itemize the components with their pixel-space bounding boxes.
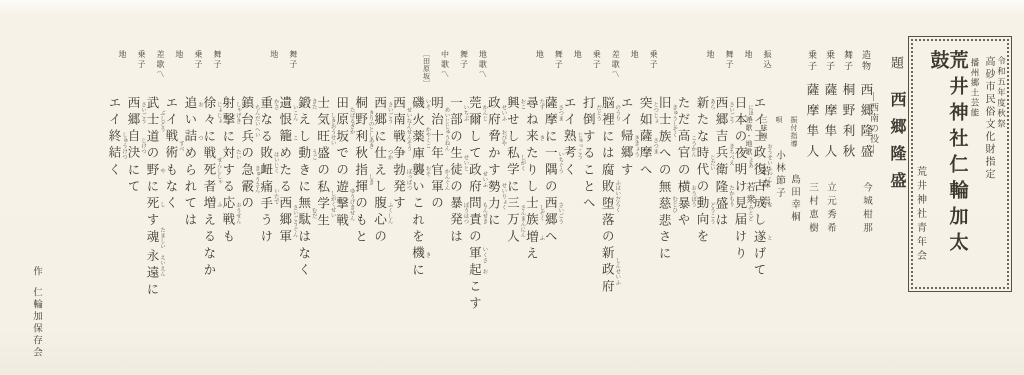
lyric-column: 西郷さいごうに仕つかえし腹心ふくしんの xyxy=(376,46,393,346)
part-marker: 舞子 xyxy=(554,50,562,70)
staff-column: 振付指導島田幸桐 xyxy=(790,50,802,300)
ruby-word: 薩摩さつま xyxy=(638,129,652,162)
ruby-word: 生徒せいと xyxy=(448,146,462,179)
staff-role: 唄 xyxy=(775,116,783,124)
ruby-word: 終結しゅうけつ xyxy=(107,129,121,162)
ruby-word: 時代じだい xyxy=(695,146,709,179)
ruby-word: 士族しぞく xyxy=(524,196,538,229)
lyric-text: 新あらたな時代じだいの動向どうこうを xyxy=(696,46,716,346)
ruby-word: 徐々じょじょ xyxy=(202,96,216,129)
lyric-column: 興おこせし私学しがくに三万人さんまんにん xyxy=(508,46,525,346)
cast-role: 造物 xyxy=(861,50,871,72)
lyric-column: 鍛きたえし動うごきに無駄むだはなく xyxy=(300,46,317,346)
organization: 荒井神社青年会 xyxy=(915,48,925,280)
main-title: 荒井神社仁輪加太鼓 xyxy=(929,48,967,280)
part-marker: 地 xyxy=(744,50,752,60)
ruby-word: 田原坂たばるざか xyxy=(335,96,349,146)
ruby-word: 私学しがく xyxy=(505,146,519,179)
author-block: 作仁輪加保存会 xyxy=(26,266,40,366)
cast-character: 桐野利秋 xyxy=(841,83,855,165)
lyric-column: 地尋たずね来きたりし士族しぞく増ふえ xyxy=(527,46,544,346)
lyric-column: 乗子西郷さいごう自決じけつにて xyxy=(129,46,146,346)
ruby-word: 襲おそ xyxy=(411,163,425,180)
part-marker: 舞子 xyxy=(289,50,297,70)
lyric-column: 舞子薩摩さつまに一隅いちぐうの西郷さいごうへ xyxy=(546,46,563,346)
ruby-word: 桐野利秋きりのとしあき xyxy=(354,96,368,163)
ruby-word: 敗衄はいじく xyxy=(259,146,273,179)
part-marker: 〔田原坂〕 xyxy=(423,50,430,88)
part-marker: 差歌〽 xyxy=(611,50,619,80)
lyric-column: 乗子打倒だとうすることへ xyxy=(584,46,601,346)
lyric-text: 明治十年めいじじゅうねん官軍かんぐんの xyxy=(430,46,450,346)
lyric-text: エイ終結しゅうけつく xyxy=(108,46,128,346)
ruby-word: 鍛きた xyxy=(297,96,311,113)
ruby-word: 腐敗堕落ふはいだらく xyxy=(600,163,614,230)
part-marker: 舞子 xyxy=(459,50,467,70)
ruby-word: 明治十年めいじじゅうねん xyxy=(429,96,443,163)
lyric-column: 地エイ戦術すべもなく xyxy=(167,46,184,346)
part-marker: 地 xyxy=(573,50,581,60)
ruby-word: 西南戦争せいなんせんそう xyxy=(392,96,406,163)
cast-column: 乗子薩摩隼人三村恵樹 xyxy=(805,50,820,300)
ruby-word: 機き xyxy=(411,246,425,263)
lyric-column: 地新あらたな時代じだいの動向どうこうを xyxy=(698,46,715,346)
lyric-text: ただ高官こうかんの横暴おうぼうや xyxy=(677,46,697,346)
play-title-prefix: 題 xyxy=(889,56,904,69)
lyric-column: 舞子一部いちぶの生徒せいとの暴発ぼうはつは xyxy=(451,46,468,346)
ruby-word: 死し xyxy=(145,196,159,213)
lyric-column: 差歌〽武士道ぶしどうの野やに死しす魂たましい永遠えいえんに xyxy=(148,46,165,346)
ruby-word: 突如とつじょ xyxy=(638,96,652,129)
ruby-word: 脳裡のうり xyxy=(600,96,614,129)
ruby-word: 政府せいふ xyxy=(486,96,500,129)
ruby-word: 暴発ぼうはつ xyxy=(448,196,462,229)
part-marker: 乗子 xyxy=(194,50,202,70)
lyric-column: 射撃しゃげきに対たいする応戦おうせんも xyxy=(224,46,241,346)
ruby-word: 増ふ xyxy=(524,230,538,247)
lyric-text: 西南戦争せいなんせんそう勃発ぼっぱつす xyxy=(392,46,412,346)
ruby-word: 起お xyxy=(467,263,481,280)
ruby-word: 動向どうこう xyxy=(695,196,709,229)
author-name: 仁輪加保存会 xyxy=(31,287,41,359)
part-marker: 舞子 xyxy=(725,50,733,70)
cast-performer: 今城柑那 xyxy=(861,182,871,236)
lyric-text: 磯いそ火薬庫かやくこ襲おそいこれを機きに xyxy=(411,46,431,346)
lyric-column: 士気旺盛しきおうせいの私学生しがくせい xyxy=(319,46,336,346)
ruby-word: 遊撃戦ゆうげきせん xyxy=(335,180,349,230)
lyric-text: 鎮台兵ちんだいへいの急霰きゅうさんの xyxy=(240,46,260,346)
ruby-word: 詰つ xyxy=(183,129,197,146)
part-marker: 中歌〽 xyxy=(440,50,448,80)
lyric-text: エイ熟考じゅっこうく xyxy=(563,46,583,346)
lyric-column: 鎮台兵ちんだいへいの急霰きゅうさんの xyxy=(243,46,260,346)
part-marker: 差歌〽 xyxy=(156,50,164,80)
lyric-column: 舞子遺恨いこん籠こめたる西郷軍さいごうぐん xyxy=(281,46,298,346)
lyric-text: 一部いちぶの生徒せいとの暴発ぼうはつは xyxy=(449,46,469,346)
ruby-word: 夜明よあ xyxy=(733,146,747,179)
ruby-word: 士気旺盛しきおうせい xyxy=(316,96,330,163)
part-marker: 地歌〽 xyxy=(478,50,486,80)
staff-name: 島田幸桐 xyxy=(789,174,799,224)
ruby-word: 腹心ふくしん xyxy=(373,196,387,229)
lyric-text: 打倒だとうすることへ xyxy=(582,46,602,346)
cast-column: 乗子薩摩隼人立元秀希 xyxy=(823,50,838,300)
lyric-text: 日本にほんの夜明よあけ見届みとどけり xyxy=(733,46,753,346)
cast-role: 乗子 xyxy=(825,50,835,72)
ruby-word: 一部いちぶ xyxy=(448,96,462,129)
lyric-text: 政府せいふ脅おびやかす勢力せいりょくに xyxy=(487,46,507,346)
ruby-word: 磯いそ xyxy=(411,96,425,113)
ruby-word: 応戦おうせん xyxy=(221,196,235,229)
part-marker: 地 xyxy=(175,50,183,60)
ruby-word: 打倒だとう xyxy=(581,96,595,129)
part-marker: 地 xyxy=(270,50,278,60)
ruby-word: 射撃しゃげき xyxy=(221,96,235,129)
ruby-word: 動うご xyxy=(297,146,311,163)
ruby-word: 火薬庫かやくこ xyxy=(411,113,425,163)
ruby-word: 莞爾かんじ xyxy=(467,96,481,129)
part-marker: 乗子 xyxy=(649,50,657,70)
lyric-column: 地エイ終結しゅうけつく xyxy=(110,46,127,346)
lyric-column: 地日本にほんの夜明よあけ見届みとどけり xyxy=(736,46,753,346)
staff-name: 小林節子 xyxy=(774,150,784,200)
ruby-word: 新政府しんせいふ xyxy=(600,246,614,296)
program-page: 令和五年度秋祭 高砂市民俗文化財指定 播州郷土芸能 荒井神社仁輪加太鼓 荒井神社… xyxy=(0,0,1024,375)
lyric-text: 鍛きたえし動うごきに無駄むだはなく xyxy=(297,46,317,346)
ruby-word: 帰郷ききょう xyxy=(619,129,633,162)
lyric-column: 地エイ熟考じゅっこうく xyxy=(565,46,582,346)
part-marker: 地 xyxy=(706,50,714,60)
ruby-word: 痛手いたで xyxy=(259,180,273,213)
ruby-word: 自決じけつ xyxy=(126,129,140,162)
lyric-text: 莞爾かんじして政府せいふ問責もんせきの軍いくさ起おこす xyxy=(468,46,488,346)
genre-label: 播州郷土芸能 xyxy=(971,48,980,280)
cast-role: 舞子 xyxy=(843,50,853,72)
ruby-word: 指揮しき xyxy=(354,163,368,196)
lyric-text: 桐野利秋きりのとしあき指揮しきのもと xyxy=(354,46,374,346)
ruby-word: 武士道ぶしどう xyxy=(145,96,159,146)
lyric-column: 振込エイ王政復古おうせいふっこ成なし遂とげて xyxy=(755,46,772,346)
lyric-text: 射撃しゃげきに対たいする応戦おうせんも xyxy=(221,46,241,346)
ruby-word: 脅おびや xyxy=(486,129,500,146)
ruby-word: 新あら xyxy=(695,96,709,113)
play-title-text: 西郷隆盛 xyxy=(888,91,905,199)
ruby-word: 一隅いちぐう xyxy=(543,146,557,179)
ruby-word: 見届みとど xyxy=(733,196,747,229)
ruby-word: 増ふ xyxy=(202,196,216,213)
ruby-word: 遺恨いこん xyxy=(278,96,292,129)
lyric-column: 舞子徐々じょじょに戦死者せんししゃ増ふえるなか xyxy=(205,46,222,346)
ruby-word: 王政復古おうせいふっこ xyxy=(752,129,766,196)
lyric-text: 徐々じょじょに戦死者せんししゃ増ふえるなか xyxy=(202,46,222,346)
lyric-column: 乗子追おい詰つめられては xyxy=(186,46,203,346)
ruby-word: 戦術すべ xyxy=(164,129,178,162)
ruby-word: 遂と xyxy=(752,230,766,247)
ruby-word: 勢力せいりょく xyxy=(486,180,500,213)
ruby-word: 熟考じゅっこう xyxy=(562,129,576,162)
ruby-word: 尋たず xyxy=(524,96,538,113)
ruby-word: 西郷さいごう xyxy=(373,96,387,129)
cast-column: 舞子桐野利秋 xyxy=(841,50,856,300)
lyric-column: 差歌〽脳裡のうりには腐敗堕落ふはいだらくの新政府しんせいふ xyxy=(603,46,620,346)
part-marker: 乗子 xyxy=(592,50,600,70)
ruby-word: 勃発ぼっぱつ xyxy=(392,163,406,196)
lyric-text: 尋たずね来きたりし士族しぞく増ふえ xyxy=(525,46,545,346)
lyric-text: 田原坂たばるざかでの遊撃戦ゆうげきせん xyxy=(335,46,355,346)
ruby-word: 薩摩さつま xyxy=(543,96,557,129)
lyric-column: 地歌〽莞爾かんじして政府せいふ問責もんせきの軍いくさ起おこす xyxy=(470,46,487,346)
lyric-column: 中歌〽明治十年めいじじゅうねん官軍かんぐんの xyxy=(432,46,449,346)
lyric-column: 地エイ帰郷ききょうす xyxy=(622,46,639,346)
lyric-text: エイ王政復古おうせいふっこ成なし遂とげて xyxy=(752,46,772,346)
ruby-word: 問責もんせき xyxy=(467,196,481,229)
ruby-word: 横暴おうぼう xyxy=(676,180,690,213)
cultural-designation: 高砂市民俗文化財指定 xyxy=(983,48,993,280)
lyric-text: エイ戦術すべもなく xyxy=(164,46,184,346)
ruby-word: 追お xyxy=(183,96,197,113)
cast-performer: 立元秀希 xyxy=(825,182,835,236)
cast-character: 薩摩隼人 xyxy=(823,83,837,165)
ruby-word: 私学生しがくせい xyxy=(316,180,330,230)
part-marker: 地 xyxy=(118,50,126,60)
lyric-text: 脳裡のうりには腐敗堕落ふはいだらくの新政府しんせいふ xyxy=(601,46,621,346)
ruby-word: 日本にほん xyxy=(733,96,747,129)
lyric-column: 〔田原坂〕磯いそ火薬庫かやくこ襲おそいこれを機きに xyxy=(414,46,431,346)
ruby-word: 高官こうかん xyxy=(676,129,690,162)
lyric-text: 旧士族きゅうしぞくへの無慈悲むじひさに xyxy=(658,46,678,346)
festival-label: 令和五年度秋祭 xyxy=(997,48,1006,280)
ruby-word: 軍いくさ xyxy=(467,246,481,263)
ruby-word: 西郷さいごう xyxy=(543,196,557,229)
ruby-word: 永遠えいえん xyxy=(145,249,159,282)
lyric-text: 武士道ぶしどうの野やに死しす魂たましい永遠えいえんに xyxy=(145,46,165,346)
cast-role: 乗子 xyxy=(807,50,817,72)
ruby-word: 重かさ xyxy=(259,96,273,113)
lyric-column: 政府せいふ脅おびやかす勢力せいりょくに xyxy=(489,46,506,346)
lyric-text: 西郷さいごうに仕つかえし腹心ふくしんの xyxy=(373,46,393,346)
ruby-word: 西郷さいごう xyxy=(126,96,140,129)
lyric-column: ただ高官こうかんの横暴おうぼうや xyxy=(679,46,696,346)
part-marker: 振込 xyxy=(763,50,771,70)
lyric-text: 西郷さいごう吉兵衛きちべえ隆盛たかもりは xyxy=(715,46,735,346)
title-box: 令和五年度秋祭 高砂市民俗文化財指定 播州郷土芸能 荒井神社仁輪加太鼓 荒井神社… xyxy=(908,36,1012,292)
lyric-column: 乗子突如とつじょ薩摩さつまへ xyxy=(641,46,658,346)
ruby-word: 無慈悲むじひ xyxy=(657,180,671,230)
lyric-column: 地重かさなる敗衄はいじく痛手いたでうけ xyxy=(262,46,279,346)
cast-character: 薩摩隼人 xyxy=(805,83,819,165)
ruby-word: 政府せいふ xyxy=(467,163,481,196)
author-label: 作 xyxy=(31,266,41,278)
lyric-text: 西郷さいごう自決じけつにて xyxy=(126,46,146,346)
ruby-word: 仕つか xyxy=(373,146,387,163)
lyric-column: 舞子西郷さいごう吉兵衛きちべえ隆盛たかもりは xyxy=(717,46,734,346)
ruby-word: 西郷軍さいごうぐん xyxy=(278,196,292,246)
lyric-text: 突如とつじょ薩摩さつまへ xyxy=(639,46,659,346)
lyrics: 振込エイ王政復古おうせいふっこ成なし遂とげて地日本にほんの夜明よあけ見届みとどけ… xyxy=(110,46,772,346)
ruby-word: 隆盛たかもり xyxy=(714,180,728,213)
lyric-column: 旧士族きゅうしぞくへの無慈悲むじひさに xyxy=(660,46,677,346)
title-box-inner: 令和五年度秋祭 高砂市民俗文化財指定 播州郷土芸能 荒井神社仁輪加太鼓 荒井神社… xyxy=(916,44,1004,284)
cast-performer: 三村恵樹 xyxy=(807,182,817,236)
cast-column: 造物西郷隆盛今城柑那 xyxy=(859,50,874,300)
lyric-text: 遺恨いこん籠こめたる西郷軍さいごうぐん xyxy=(278,46,298,346)
ruby-word: 籠こ xyxy=(278,129,292,146)
lyric-text: 興おこせし私学しがくに三万人さんまんにん xyxy=(506,46,526,346)
ruby-word: 急霰きゅうさん xyxy=(240,163,254,196)
lyric-column: 田原坂たばるざかでの遊撃戦ゆうげきせん xyxy=(338,46,355,346)
ruby-word: 成な xyxy=(752,196,766,213)
part-marker: 乗子 xyxy=(137,50,145,70)
ruby-word: 野や xyxy=(145,163,159,180)
ruby-word: 興おこ xyxy=(505,96,519,113)
cast-character: 西郷隆盛 xyxy=(859,83,873,165)
lyric-text: 追おい詰つめられては xyxy=(183,46,203,346)
part-marker: 地 xyxy=(535,50,543,60)
cast-staff-block: 造物西郷隆盛今城柑那舞子桐野利秋乗子薩摩隼人立元秀希乗子薩摩隼人三村恵樹振付指導… xyxy=(770,50,874,300)
ruby-word: 無駄むだ xyxy=(297,196,311,229)
ruby-word: 来き xyxy=(524,129,538,146)
ruby-word: 吉兵衛きちべえ xyxy=(714,129,728,179)
ruby-word: 西郷さいごう xyxy=(714,96,728,129)
part-marker: 舞子 xyxy=(213,50,221,70)
ruby-word: 戦死者せんししゃ xyxy=(202,146,216,196)
ruby-word: 官軍かんぐん xyxy=(429,163,443,196)
lyric-column: 桐野利秋きりのとしあき指揮しきのもと xyxy=(357,46,374,346)
lyric-column: 西南戦争せいなんせんそう勃発ぼっぱつす xyxy=(395,46,412,346)
lyric-text: エイ帰郷ききょうす xyxy=(620,46,640,346)
ruby-word: 鎮台兵ちんだいへい xyxy=(240,96,254,146)
lyric-text: 薩摩さつまに一隅いちぐうの西郷さいごうへ xyxy=(544,46,564,346)
staff-role: 振付指導 xyxy=(790,116,798,148)
part-marker: 地 xyxy=(630,50,638,60)
ruby-word: 旧士族きゅうしぞく xyxy=(657,96,671,146)
ruby-word: 魂たましい xyxy=(145,230,159,249)
lyric-text: 士気旺盛しきおうせいの私学生しがくせい xyxy=(316,46,336,346)
ruby-word: 対たい xyxy=(221,146,235,163)
play-title: 題西郷隆盛 xyxy=(882,56,904,316)
lyric-text: 重かさなる敗衄はいじく痛手いたでうけ xyxy=(259,46,279,346)
ruby-word: 三万人さんまんにん xyxy=(505,196,519,246)
